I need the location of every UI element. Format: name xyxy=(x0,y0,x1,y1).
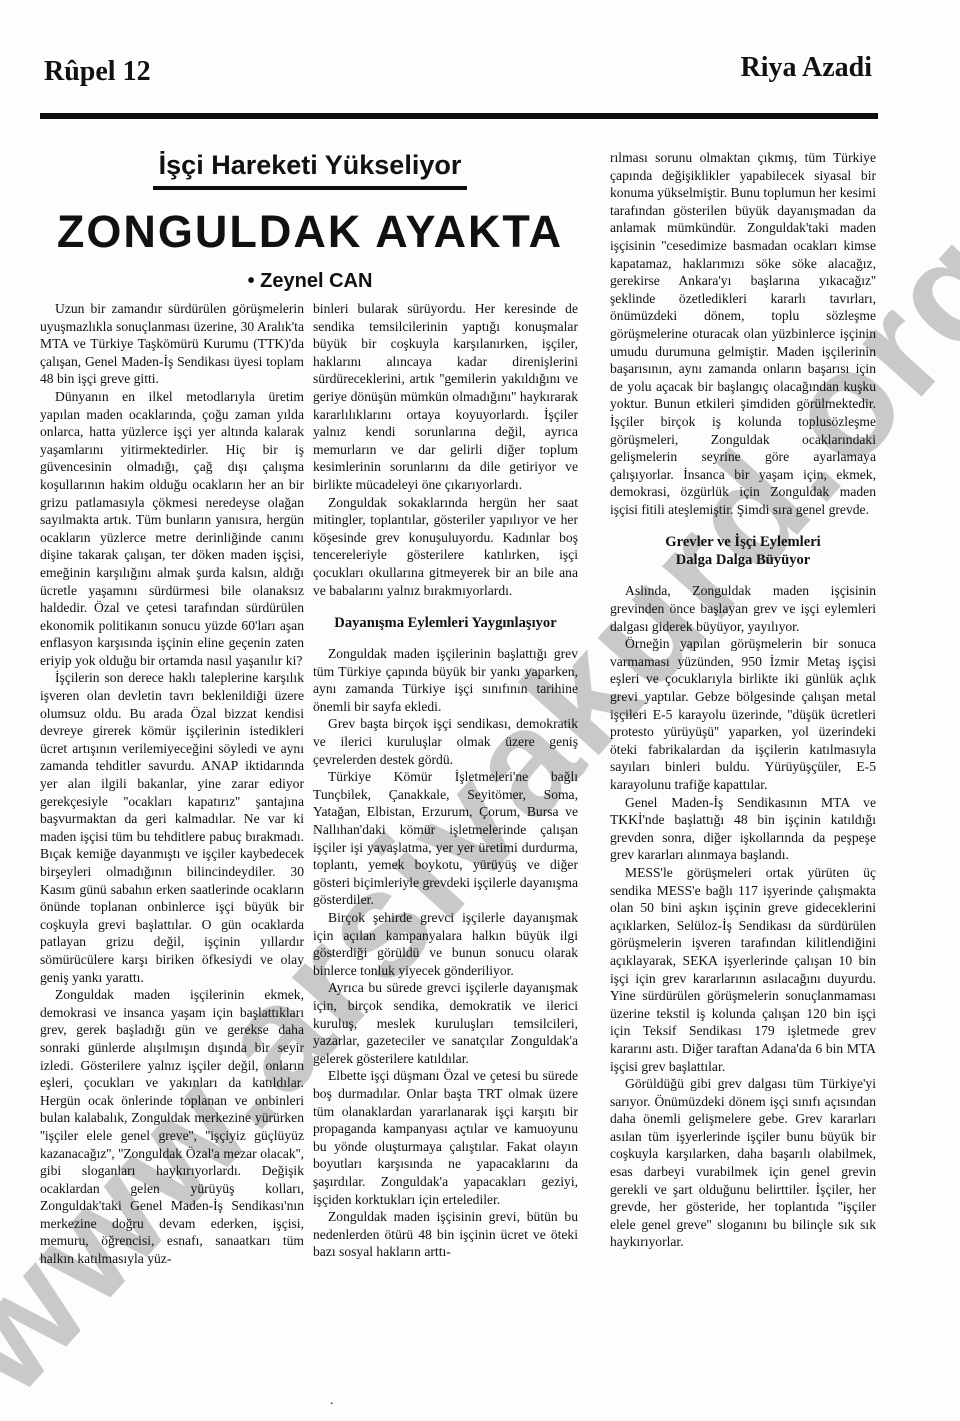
page-bottom-dot: . xyxy=(330,1393,334,1409)
paragraph: Elbette işçi düşmanı Özal ve çetesi bu s… xyxy=(313,1067,578,1208)
paragraph: Aslında, Zonguldak maden işçisinin grevi… xyxy=(610,582,876,635)
headline-block: İşçi Hareketi Yükseliyor ZONGULDAK AYAKT… xyxy=(40,150,580,293)
subheading-line-1: Grevler ve İşçi Eylemleri xyxy=(610,533,876,551)
paragraph: Genel Maden-İş Sendikasının MTA ve TKKİ'… xyxy=(610,794,876,864)
page-number-label: Rûpel 12 xyxy=(44,56,151,88)
article-kicker: İşçi Hareketi Yükseliyor xyxy=(153,150,468,190)
paragraph: Dünyanın en ilkel metodlarıyla üretim ya… xyxy=(40,388,304,670)
subheading-line-2: Dalga Dalga Büyüyor xyxy=(610,551,876,569)
paragraph: rılması sorunu olmaktan çıkmış, tüm Türk… xyxy=(610,149,876,518)
paragraph: Türkiye Kömür İşletmeleri'ne bağlı Tunçb… xyxy=(313,768,578,909)
paragraph: Zonguldak maden işçisinin grevi, bütün b… xyxy=(313,1208,578,1261)
paragraph: Ayrıca bu sürede grevci işçilerle dayanı… xyxy=(313,979,578,1067)
newspaper-title: Riya Azadi xyxy=(741,52,872,84)
paragraph: Zonguldak sokaklarında hergün her saat m… xyxy=(313,494,578,600)
paragraph: Grev başta birçok işçi sendikası, demokr… xyxy=(313,715,578,768)
paragraph: Birçok şehirde grevci işçilerle dayanışm… xyxy=(313,909,578,979)
paragraph: binleri bularak sürüyordu. Her keresinde… xyxy=(313,300,578,494)
subheading-dayanisma: Dayanışma Eylemleri Yaygınlaşıyor xyxy=(313,614,578,632)
newspaper-page: www.arsivakurd.org Rûpel 12 Riya Azadi İ… xyxy=(0,0,960,1421)
article-column-3: rılması sorunu olmaktan çıkmış, tüm Türk… xyxy=(610,149,876,1251)
masthead-rule xyxy=(40,113,878,119)
article-column-2: binleri bularak sürüyordu. Her keresinde… xyxy=(313,300,578,1261)
paragraph: Örneğin yapılan görüşmelerin bir sonuca … xyxy=(610,635,876,793)
paragraph: Zonguldak maden işçilerinin ekmek, demok… xyxy=(40,986,304,1268)
paragraph: İşçilerin son derece haklı taleplerine k… xyxy=(40,669,304,986)
subheading-grevler: Grevler ve İşçi Eylemleri Dalga Dalga Bü… xyxy=(610,533,876,569)
paragraph: Uzun bir zamandır sürdürülen görüşmeleri… xyxy=(40,300,304,388)
article-headline: ZONGULDAK AYAKTA xyxy=(40,206,580,258)
paragraph: Görüldüğü gibi grev dalgası tüm Türkiye'… xyxy=(610,1075,876,1251)
paragraph: Zonguldak maden işçilerinin başlattığı g… xyxy=(313,645,578,715)
article-byline: • Zeynel CAN xyxy=(40,270,580,293)
page-content: Rûpel 12 Riya Azadi İşçi Hareketi Yüksel… xyxy=(0,0,960,1421)
paragraph: MESS'le görüşmeleri ortak yürüten üç sen… xyxy=(610,864,876,1075)
article-column-1: Uzun bir zamandır sürdürülen görüşmeleri… xyxy=(40,300,304,1268)
